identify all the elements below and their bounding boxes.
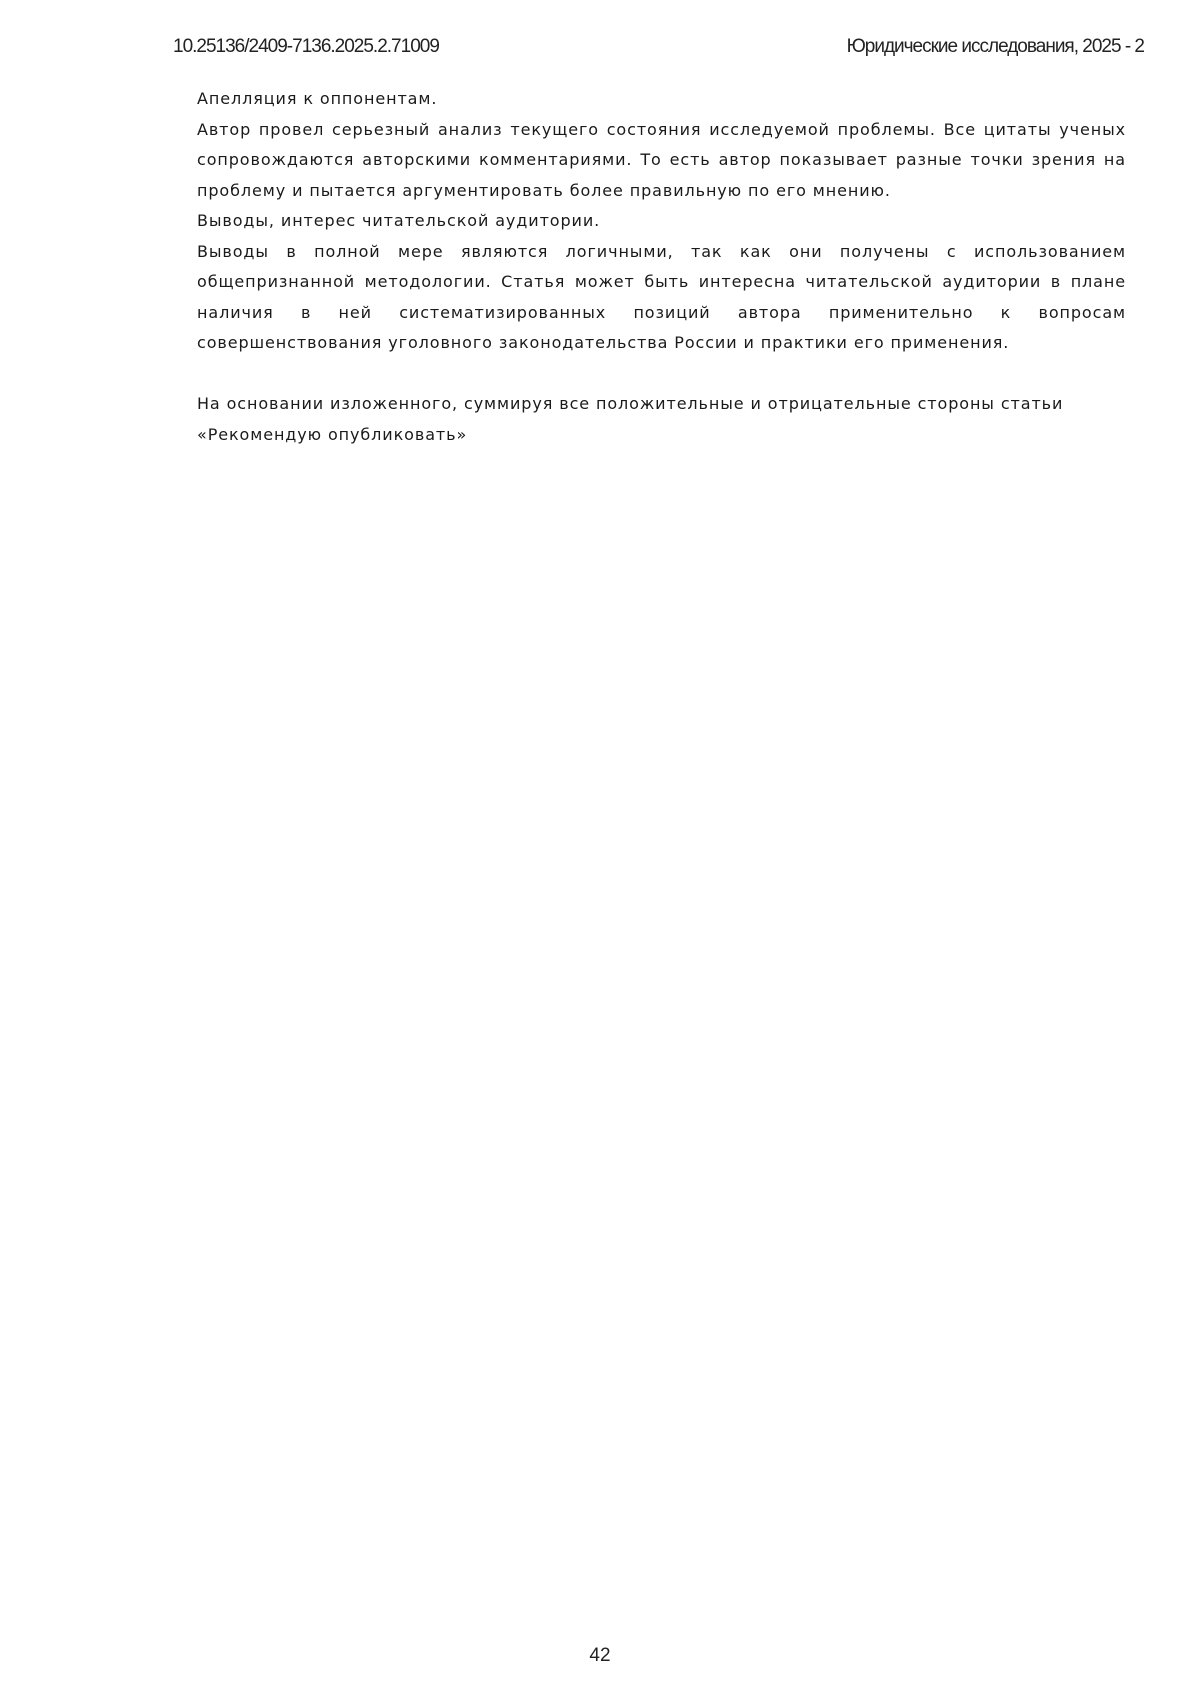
- paragraph-gap: [197, 359, 1126, 390]
- paragraph-conclusions: Выводы в полной мере являются логичными,…: [197, 237, 1126, 359]
- doi-header: 10.25136/2409-7136.2025.2.71009: [173, 36, 439, 58]
- page-number: 42: [0, 1645, 1200, 1667]
- recommendation: «Рекомендую опубликовать»: [197, 420, 1126, 451]
- document-body: Апелляция к оппонентам. Автор провел сер…: [197, 84, 1126, 450]
- paragraph-analysis: Автор провел серьезный анализ текущего с…: [197, 115, 1126, 207]
- section-heading-conclusions: Выводы, интерес читательской аудитории.: [197, 206, 1126, 237]
- journal-header: Юридические исследования, 2025 - 2: [847, 36, 1144, 58]
- paragraph-summary: На основании изложенного, суммируя все п…: [197, 389, 1126, 420]
- section-heading-appeal: Апелляция к оппонентам.: [197, 84, 1126, 115]
